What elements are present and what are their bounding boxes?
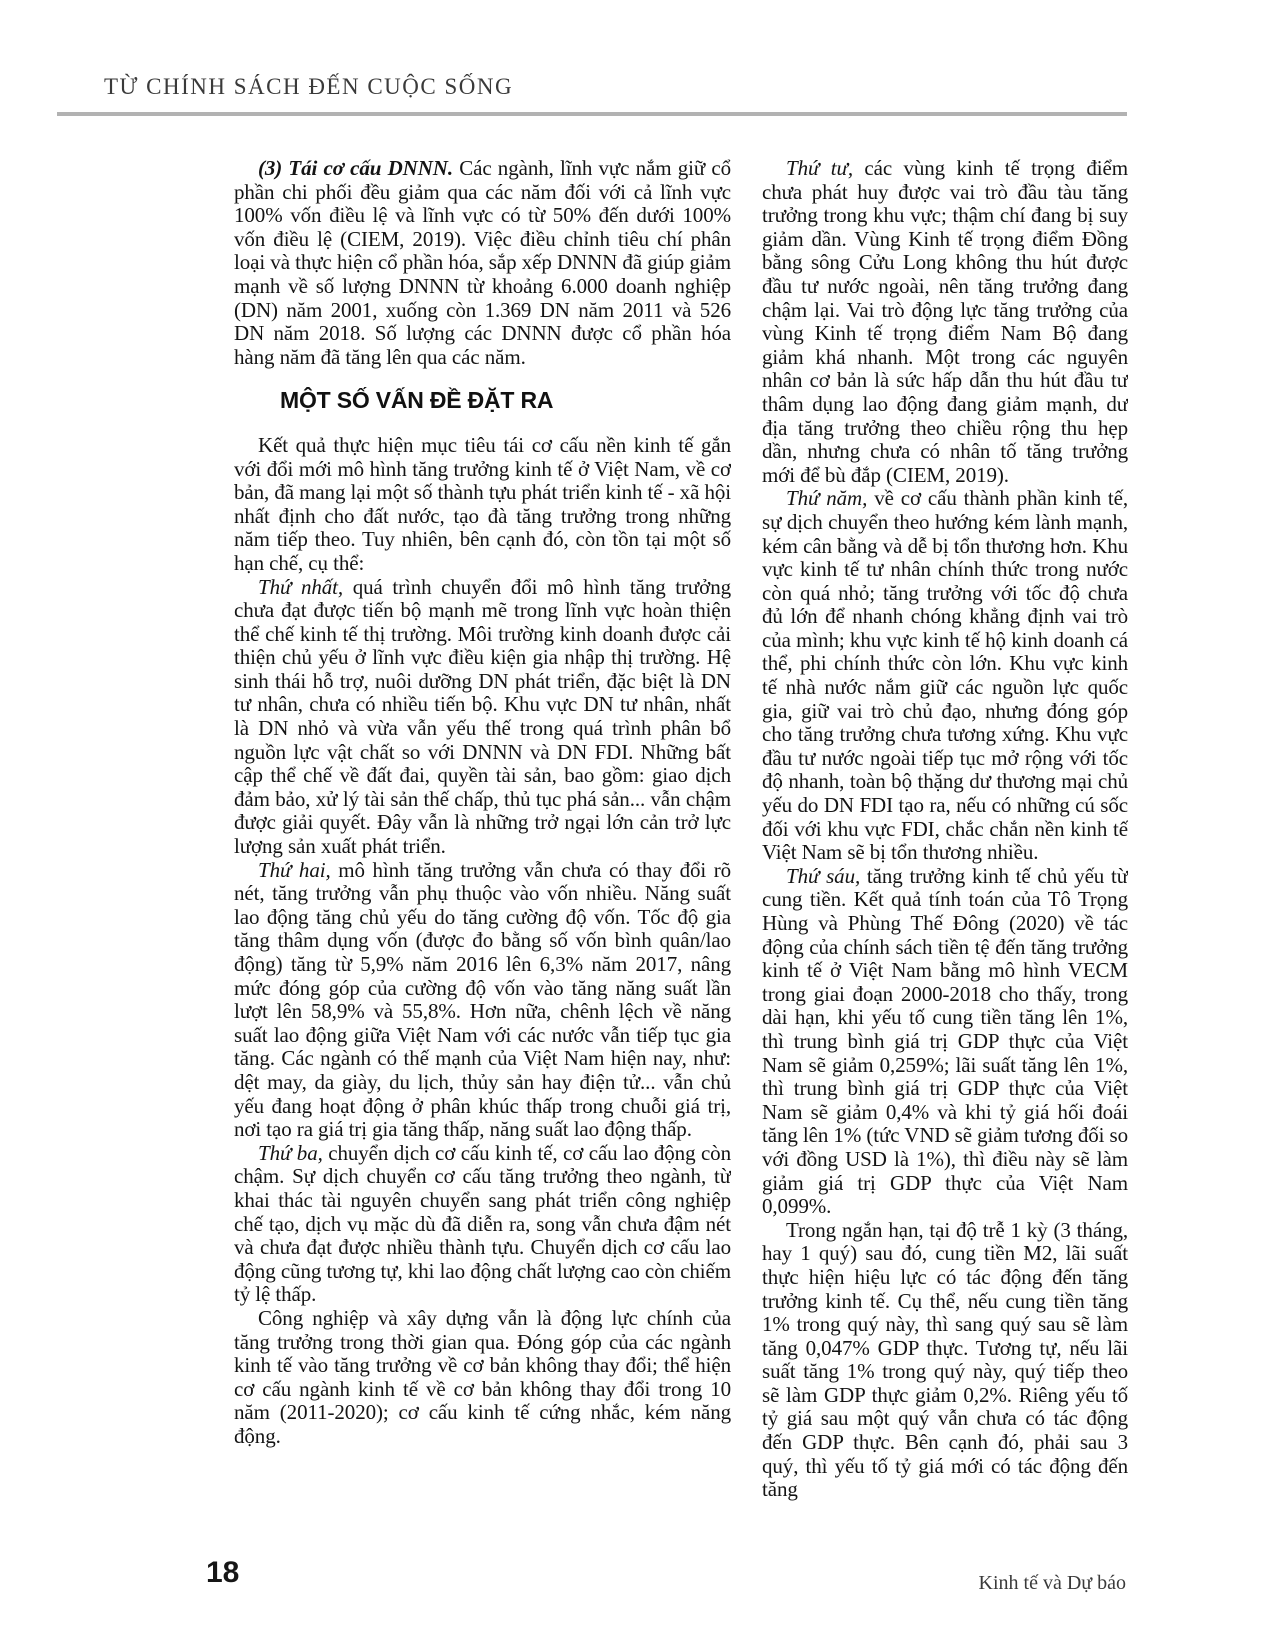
paragraph-lead: (3) Tái cơ cấu DNNN. bbox=[258, 157, 453, 180]
paragraph-tai-co-cau-dnnn: (3) Tái cơ cấu DNNN. Các ngành, lĩnh vực… bbox=[234, 157, 731, 369]
paragraph-text: chuyển dịch cơ cấu kinh tế, cơ cấu lao đ… bbox=[234, 1141, 731, 1307]
paragraph-text: tăng trưởng kinh tế chủ yếu từ cung tiền… bbox=[762, 864, 1128, 1218]
paragraph-lead: Thứ ba, bbox=[258, 1141, 323, 1165]
paragraph-lead: Thứ hai, bbox=[258, 858, 331, 882]
paragraph-lead: Thứ sáu, bbox=[786, 864, 860, 888]
paragraph-trong-ngan-han: Trong ngắn hạn, tại độ trễ 1 kỳ (3 tháng… bbox=[762, 1219, 1128, 1502]
paragraph-thu-nhat: Thứ nhất, quá trình chuyển đổi mô hình t… bbox=[234, 576, 731, 859]
paragraph-thu-sau: Thứ sáu, tăng trưởng kinh tế chủ yếu từ … bbox=[762, 865, 1128, 1219]
section-heading: MỘT SỐ VẤN ĐỀ ĐẶT RA bbox=[280, 389, 731, 413]
paragraph-lead: Thứ tư, bbox=[786, 157, 853, 180]
paragraph-cong-nghiep: Công nghiệp và xây dựng vẫn là động lực … bbox=[234, 1307, 731, 1449]
header-rule bbox=[57, 112, 1127, 116]
left-column: (3) Tái cơ cấu DNNN. Các ngành, lĩnh vực… bbox=[234, 157, 731, 1537]
paragraph-text: quá trình chuyển đổi mô hình tăng trưởng… bbox=[234, 575, 731, 859]
paragraph-lead: Thứ nhất, bbox=[258, 575, 343, 599]
paragraph-thu-hai: Thứ hai, mô hình tăng trưởng vẫn chưa có… bbox=[234, 859, 731, 1142]
paragraph-thu-tu: Thứ tư, các vùng kinh tế trọng điểm chưa… bbox=[762, 157, 1128, 487]
journal-name: Kinh tế và Dự báo bbox=[860, 1572, 1126, 1595]
page-number: 18 bbox=[206, 1556, 239, 1590]
paragraph-text: Các ngành, lĩnh vực nắm giữ cổ phần chi … bbox=[234, 157, 731, 369]
paragraph-text: các vùng kinh tế trọng điểm chưa phát hu… bbox=[762, 157, 1128, 487]
paragraph-text: về cơ cấu thành phần kinh tế, sự dịch ch… bbox=[762, 486, 1128, 864]
right-column: Thứ tư, các vùng kinh tế trọng điểm chưa… bbox=[762, 157, 1128, 1537]
running-header: TỪ CHÍNH SÁCH ĐẾN CUỘC SỐNG bbox=[104, 74, 513, 100]
paragraph-text: mô hình tăng trưởng vẫn chưa có thay đổi… bbox=[234, 858, 731, 1142]
paragraph-thu-ba: Thứ ba, chuyển dịch cơ cấu kinh tế, cơ c… bbox=[234, 1142, 731, 1307]
paragraph-ket-qua: Kết quả thực hiện mục tiêu tái cơ cấu nề… bbox=[234, 434, 731, 576]
paragraph-lead: Thứ năm, bbox=[786, 486, 867, 510]
paragraph-thu-nam: Thứ năm, về cơ cấu thành phần kinh tế, s… bbox=[762, 487, 1128, 865]
magazine-page: TỪ CHÍNH SÁCH ĐẾN CUỘC SỐNG (3) Tái cơ c… bbox=[0, 0, 1274, 1649]
